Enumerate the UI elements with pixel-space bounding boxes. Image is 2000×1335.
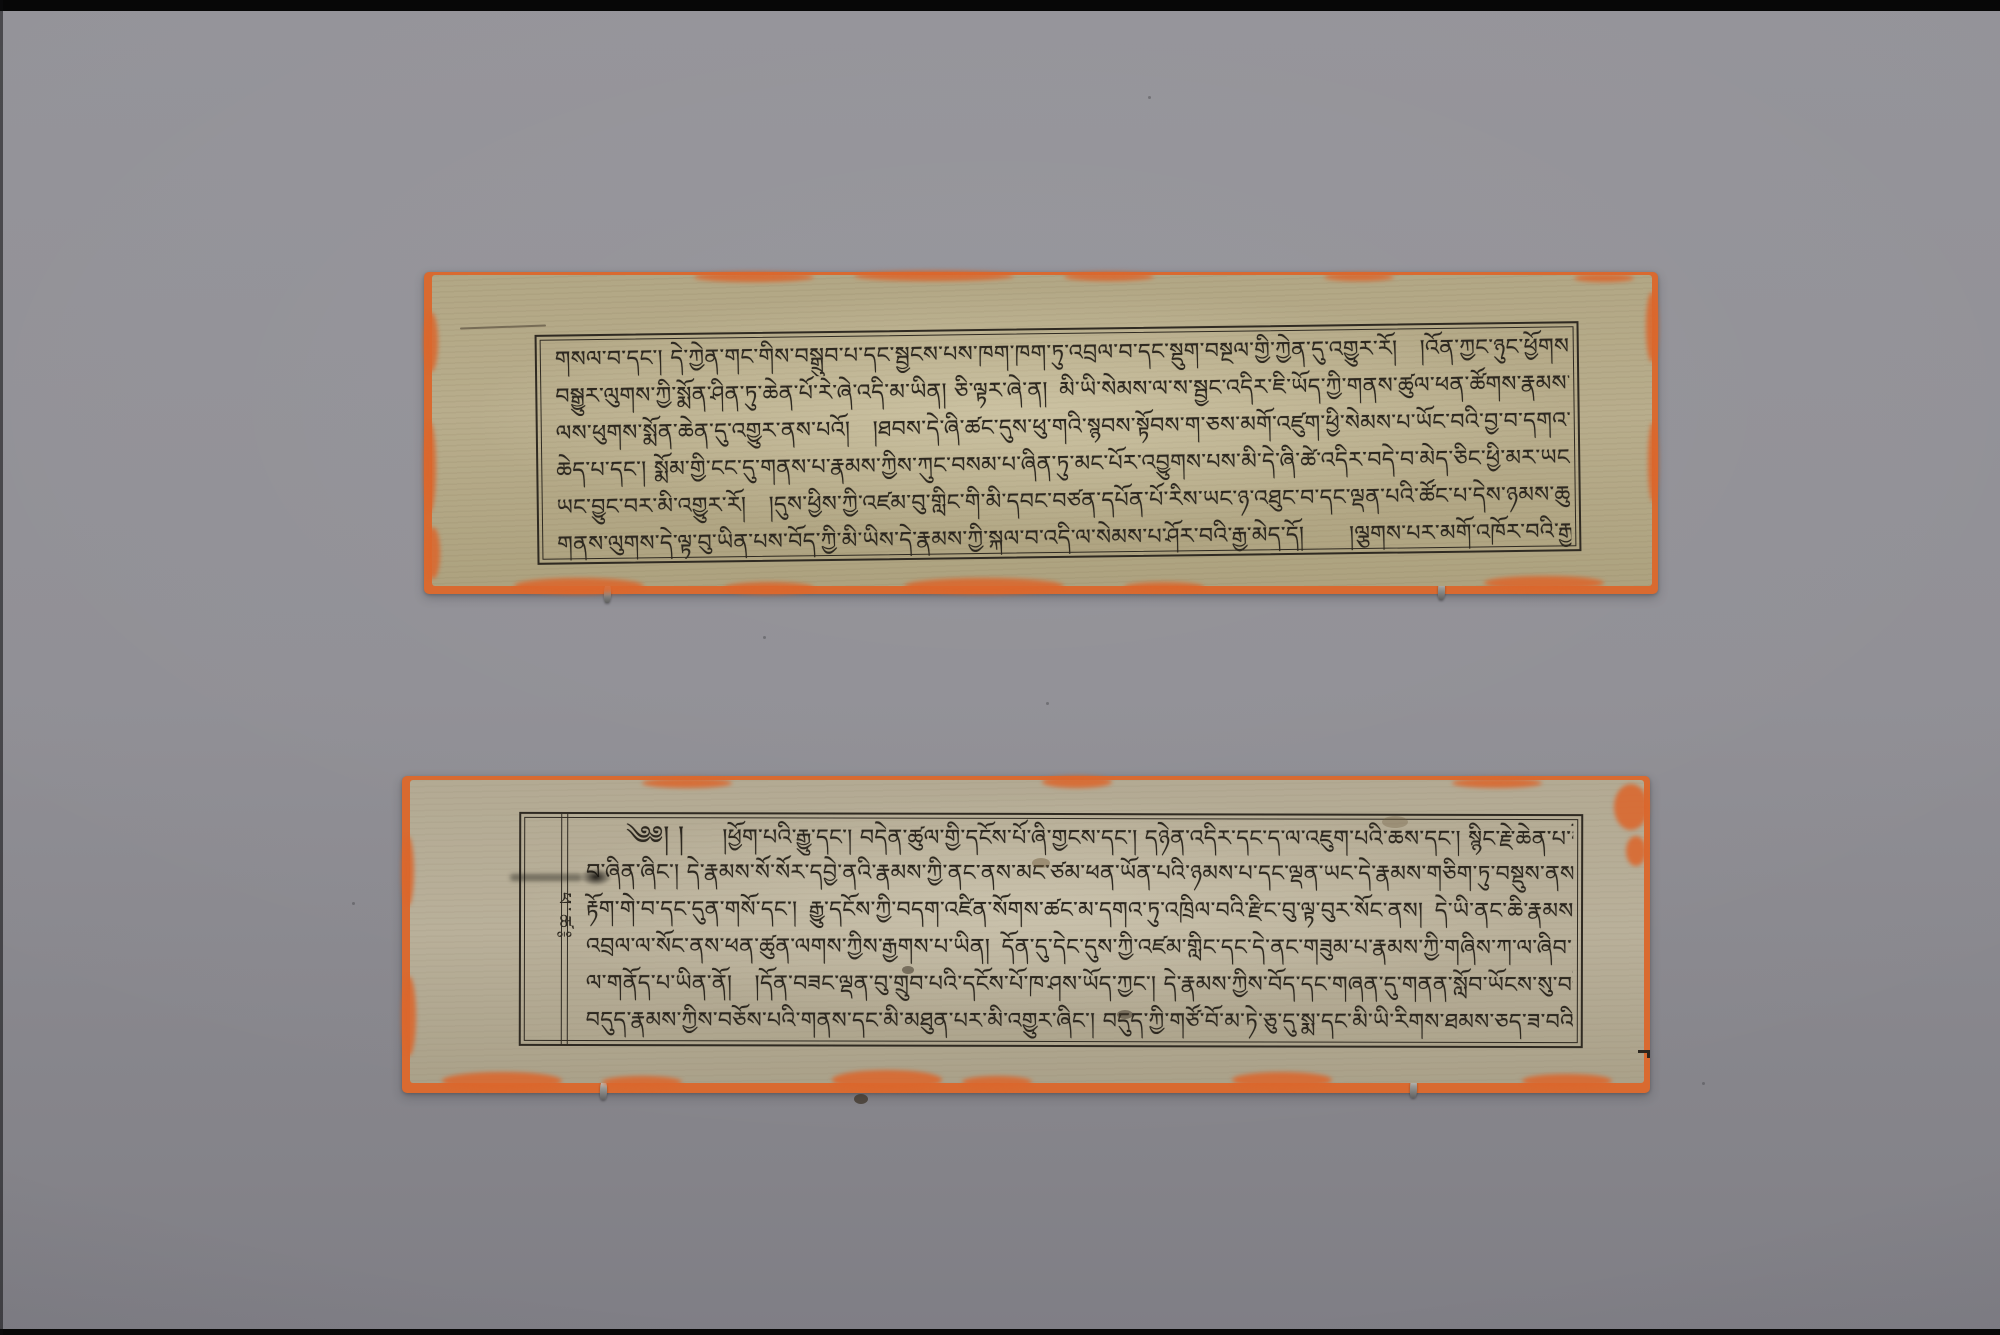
orange-edge-bleed	[962, 1076, 1032, 1088]
orange-edge-bleed	[694, 272, 814, 282]
tibetan-text-line: ༄༅། །།ཕྱོག་པའི་རྒྱུ་དང་། བདེན་ཚུལ་གྱི་དང…	[576, 818, 1573, 857]
dark-stain	[854, 1094, 868, 1104]
orange-edge-bleed	[426, 527, 440, 579]
orange-edge-bleed	[402, 836, 414, 906]
dust-speck	[763, 636, 766, 639]
tibetan-text-line: རྟོག་གེ་བ་དང་དུན་གསོ་དང་། རྒྱུ་དངོས་ཀྱི་…	[576, 892, 1573, 931]
tibetan-text-line: བདུད་རྣམས་ཀྱིས་བཅོས་པའི་གནས་དང་མི་མཐུན་པ…	[576, 1003, 1573, 1042]
orange-edge-bleed	[1522, 1074, 1612, 1088]
dark-stain	[902, 966, 914, 974]
brown-stain	[1032, 858, 1050, 868]
dark-stain	[1117, 1010, 1133, 1019]
orange-edge-bleed	[724, 582, 814, 594]
dust-speck	[1148, 96, 1151, 99]
orange-edge-bleed	[1626, 836, 1646, 866]
orange-edge-bleed	[602, 1076, 682, 1088]
brown-stain	[1382, 816, 1408, 828]
ink-smudge-blob	[576, 866, 616, 888]
left-edge-shade	[0, 0, 3, 1335]
yig-mgo-head-mark: ༄༅། །	[626, 821, 684, 851]
tibetan-text-line: བ་ཞིན་ཞིང་། དེ་རྣམས་སོ་སོར་དབྱེ་ནའི་རྣམས…	[576, 855, 1573, 894]
dust-speck	[352, 902, 355, 905]
orange-edge-bleed	[1648, 422, 1658, 502]
orange-edge-bleed	[854, 271, 1014, 281]
orange-edge-bleed	[904, 578, 1064, 594]
orange-edge-bleed	[1042, 776, 1112, 788]
orange-edge-bleed	[1614, 784, 1648, 830]
orange-edge-bleed	[1064, 272, 1154, 281]
orange-edge-bleed	[642, 778, 732, 788]
manuscript-folio-bottom: ཕ་ཚ༔ ༄༅། །།ཕྱོག་པའི་རྒྱུ་དང་། བདེན་ཚུལ་ག…	[402, 776, 1650, 1093]
orange-edge-bleed	[1124, 582, 1204, 592]
photograph-background: གསལ་བ་དང་། དེ་ཀྱེན་གང་གིས་བསྒྲུབ་པ་དང་སྦ…	[0, 0, 2000, 1335]
orange-edge-bleed	[424, 312, 438, 372]
ink-smudge	[510, 860, 622, 894]
orange-edge-bleed	[442, 1072, 562, 1090]
tibetan-text-line: འབྲལ་ལ་སོང་ནས་ཕན་ཚུན་ལགས་ཀྱིས་རྒྱགས་པ་ཡི…	[576, 929, 1573, 968]
tibetan-text-line: ལ་གནོད་པ་ཡིན་ནོ། །དོན་བཟང་ལྡན་བུ་གྲུབ་པའ…	[576, 966, 1573, 1005]
dust-speck	[1046, 702, 1049, 705]
printed-text-frame: གསལ་བ་དང་། དེ་ཀྱེན་གང་གིས་བསྒྲུབ་པ་དང་སྦ…	[535, 321, 1582, 565]
letterbox-bottom	[0, 1329, 2000, 1335]
margin-column: ཕ་ཚ༔	[521, 814, 568, 1044]
orange-edge-bleed	[1232, 1072, 1332, 1088]
corner-ink-mark	[1638, 1050, 1650, 1053]
ink-smudge-streak	[510, 874, 582, 881]
orange-edge-bleed	[1452, 778, 1542, 788]
manuscript-folio-top: གསལ་བ་དང་། དེ་ཀྱེན་གང་གིས་བསྒྲུབ་པ་དང་སྦ…	[424, 272, 1658, 594]
photo-vignette	[0, 0, 2000, 1335]
orange-edge-bleed	[1484, 576, 1604, 590]
text-block: ༄༅། །།ཕྱོག་པའི་རྒྱུ་དང་། བདེན་ཚུལ་གྱི་དང…	[576, 818, 1573, 1044]
printed-text-frame: ཕ་ཚ༔ ༄༅། །།ཕྱོག་པའི་རྒྱུ་དང་། བདེན་ཚུལ་ག…	[519, 812, 1583, 1048]
orange-edge-bleed	[402, 976, 416, 1056]
dust-speck	[1702, 1082, 1705, 1085]
tibetan-text-span: །ཕྱོག་པའི་རྒྱུ་དང་། བདེན་ཚུལ་གྱི་དངོས་པོ…	[722, 825, 1573, 852]
letterbox-top	[0, 0, 2000, 11]
orange-edge-bleed	[832, 1070, 942, 1090]
orange-edge-bleed	[514, 578, 644, 594]
orange-edge-bleed	[1324, 273, 1394, 281]
orange-edge-bleed	[424, 422, 436, 512]
orange-edge-bleed	[1574, 274, 1634, 282]
text-block: གསལ་བ་དང་། དེ་ཀྱེན་གང་གིས་བསྒྲུབ་པ་དང་སྦ…	[545, 327, 1572, 560]
orange-edge-bleed	[1646, 292, 1658, 362]
